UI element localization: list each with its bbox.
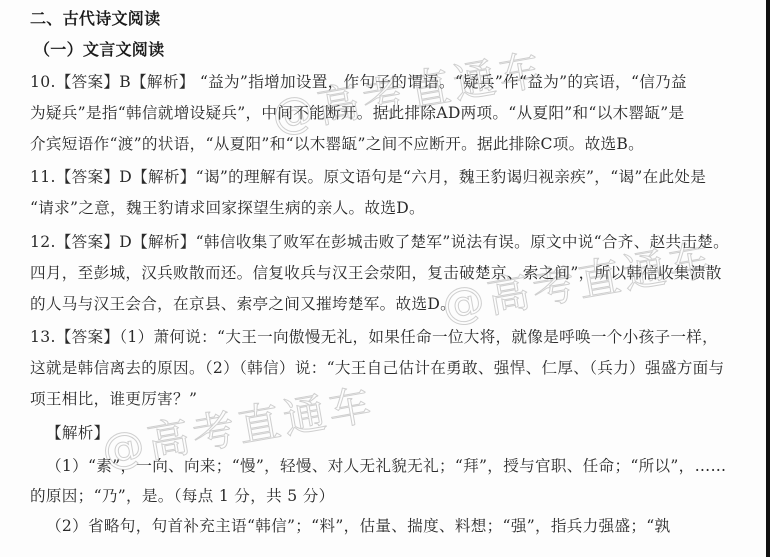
answer-11-line-1: 11.【答案】D【解析】“谒”的理解有误。原文语句是“六月，魏王豹谒归视亲疾”，… xyxy=(30,167,736,187)
analysis-line-3: （2）省略句，句首补充主语“韩信”；“料”，估量、揣度、料想；“强”，指兵力强盛… xyxy=(46,516,752,536)
section-heading: 二、古代诗文阅读 xyxy=(30,9,736,29)
analysis-line-2: 的原因；“乃”，是。（每点 1 分，共 5 分） xyxy=(30,486,736,506)
subsection-heading: （一）文言文阅读 xyxy=(34,40,740,60)
scan-edge xyxy=(766,0,770,557)
analysis-line-1: （1）“素”，一向、向来；“慢”，轻慢、对人无礼貌无礼；“拜”，授与官职、任命；… xyxy=(46,456,752,476)
analysis-heading: 【解析】 xyxy=(46,423,752,443)
answer-10-line-2: 为疑兵”是指“韩信就增设疑兵”，中间不能断开。据此排除AD两项。“从夏阳”和“以… xyxy=(30,103,736,123)
answer-10-line-1: 10.【答案】B【解析】 “益为”指增加设置，作句子的谓语。“疑兵”作“益为”的… xyxy=(30,72,736,92)
answer-12-line-3: 的人马与汉王会合，在京县、索亭之间又摧垮楚军。故选D。 xyxy=(30,294,736,314)
answer-13-line-1: 13.【答案】（1）萧何说：“大王一向傲慢无礼，如果任命一位大将，就像是呼唤一个… xyxy=(30,327,736,347)
document-page: 二、古代诗文阅读 （一）文言文阅读 10.【答案】B【解析】 “益为”指增加设置… xyxy=(0,0,766,557)
answer-12-line-2: 四月，至彭城，汉兵败散而还。信复收兵与汉王会荥阳，复击破楚京、索之间”，所以韩信… xyxy=(30,263,736,283)
answer-13-line-2: 这就是韩信离去的原因。（2）（韩信）说：“大王自己估计在勇敢、强悍、仁厚、（兵力… xyxy=(30,358,736,378)
answer-13-line-3: 项王相比，谁更厉害？” xyxy=(30,389,736,409)
answer-10-line-3: 介宾短语作“渡”的状语，“从夏阳”和“以木罂缻”之间不应断开。据此排除C项。故选… xyxy=(30,134,736,154)
answer-12-line-1: 12.【答案】D【解析】“韩信收集了败军在彭城击败了楚军”说法有误。原文中说“合… xyxy=(30,232,736,252)
answer-11-line-2: “请求”之意，魏王豹请求回家探望生病的亲人。故选D。 xyxy=(30,198,736,218)
